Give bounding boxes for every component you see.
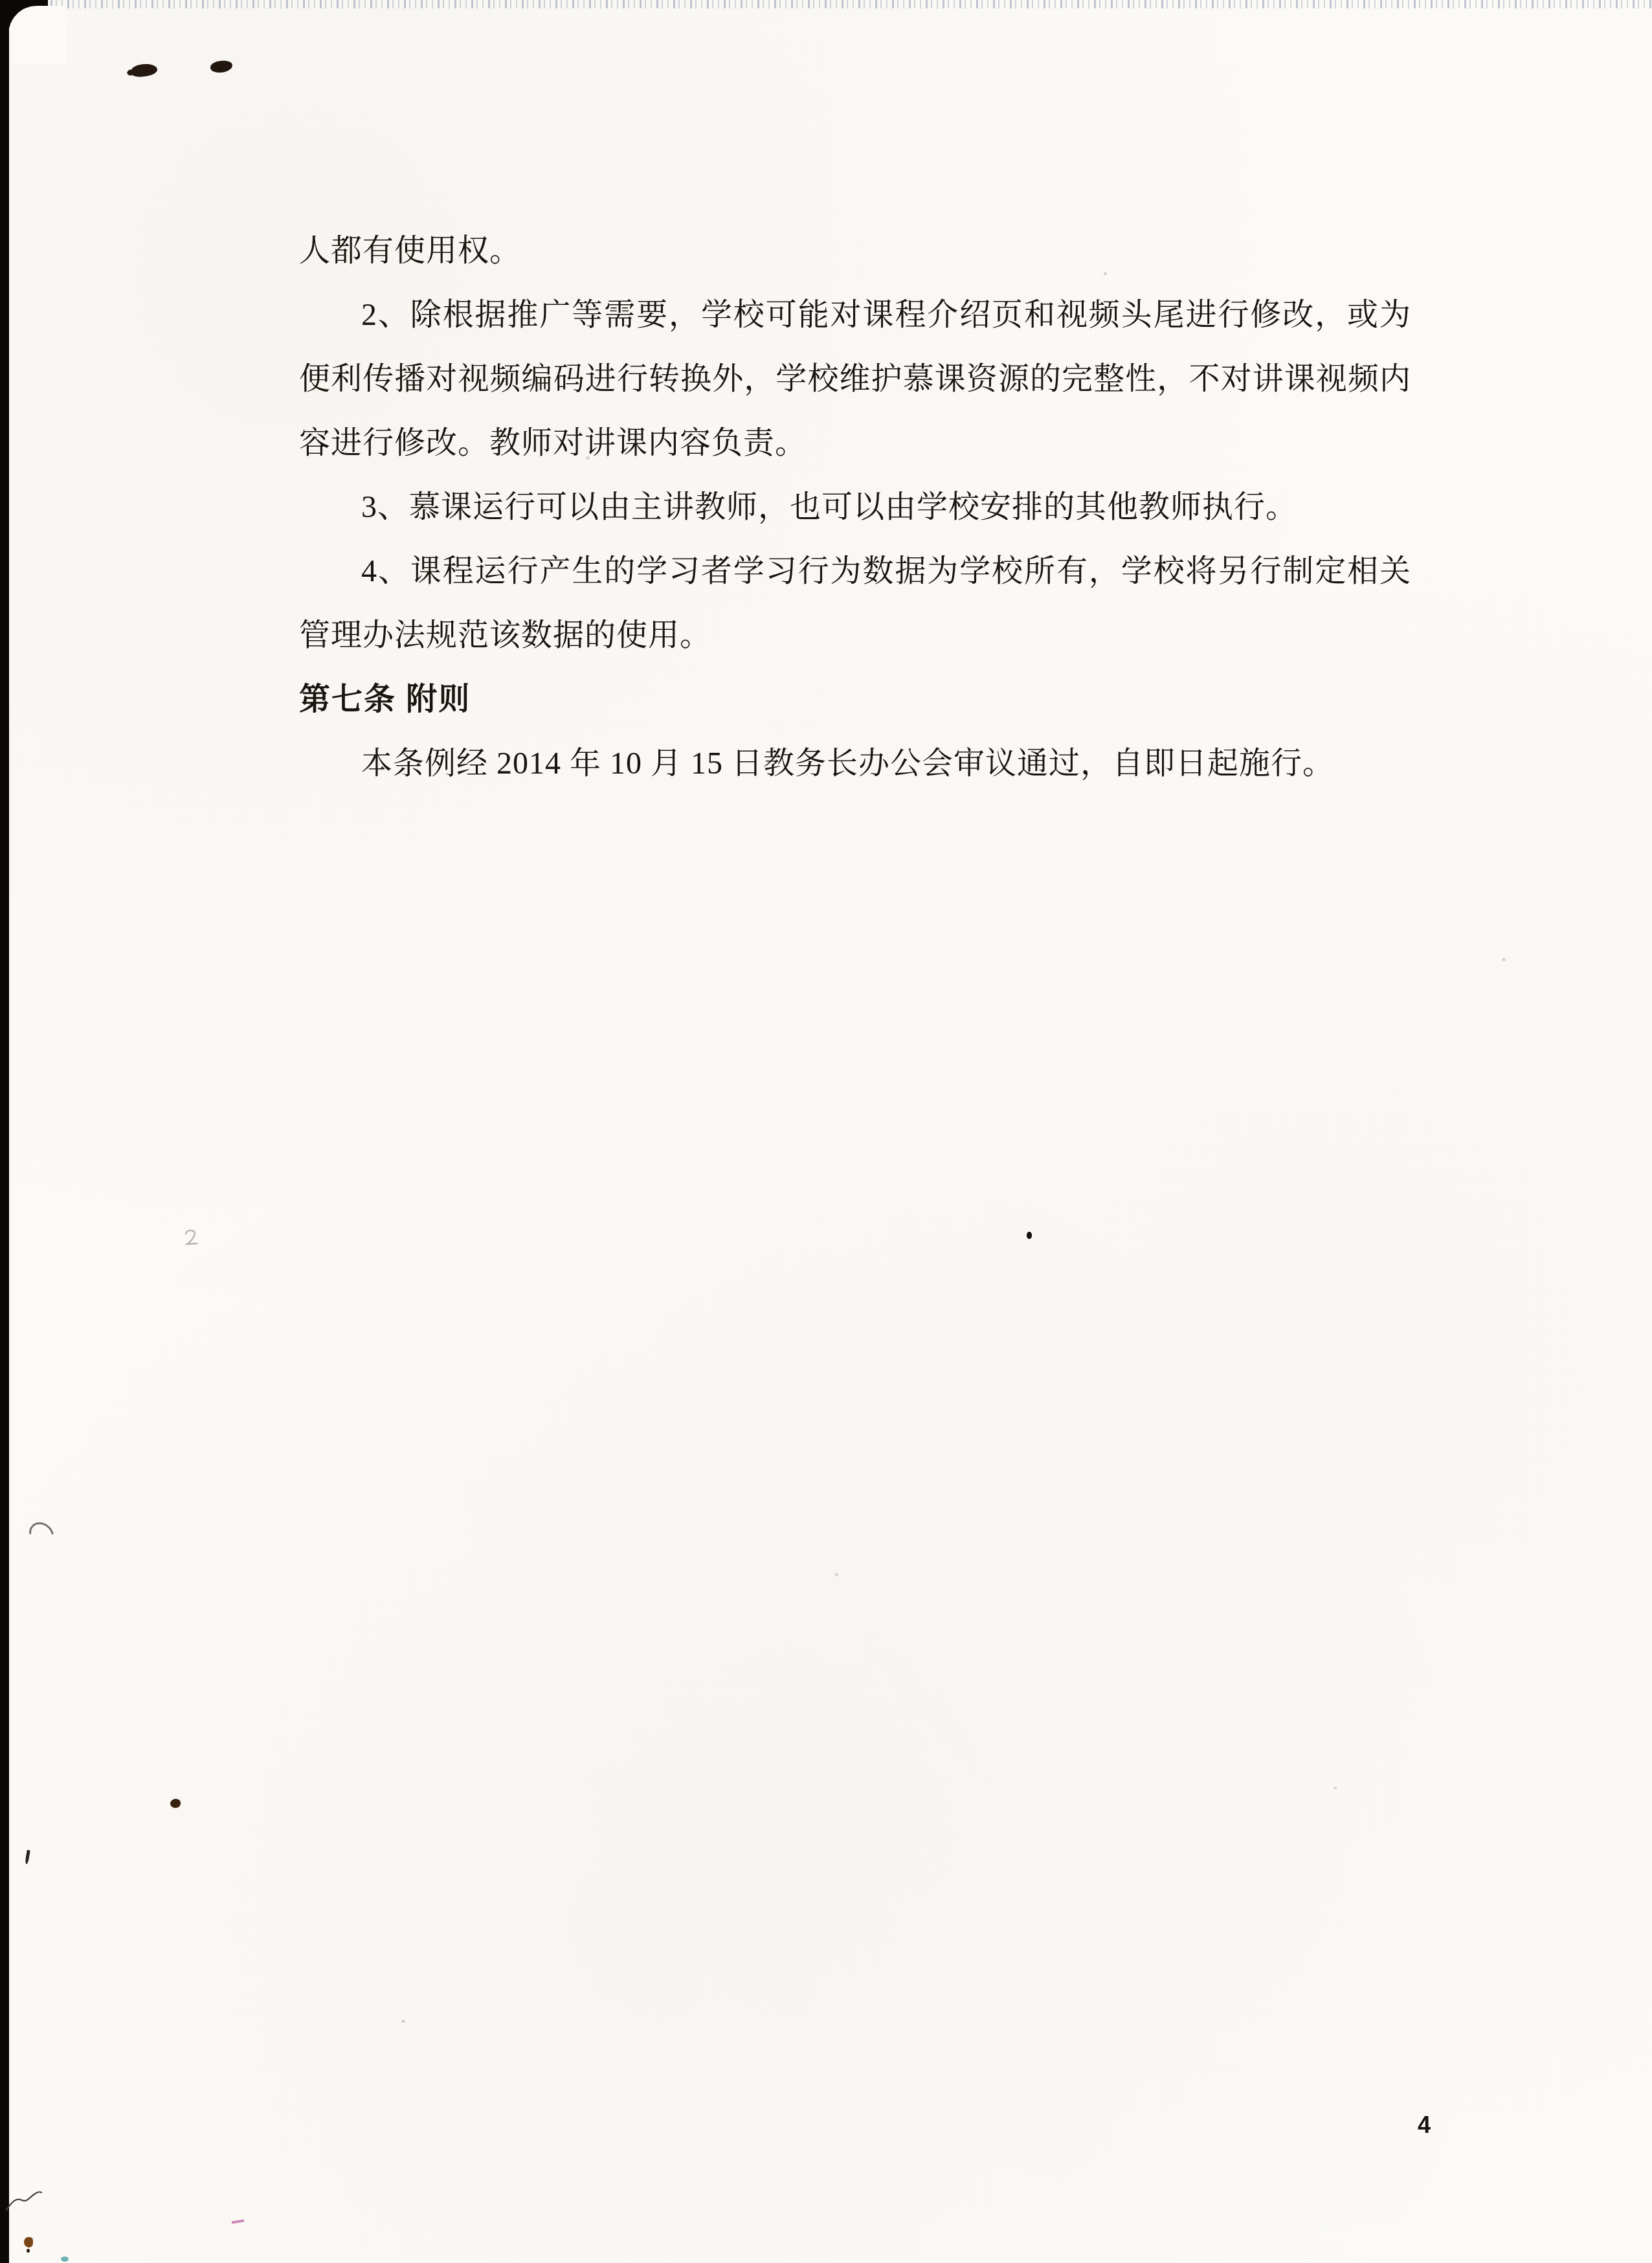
page-number: 4 — [1418, 2112, 1431, 2139]
document-body: 人都有使用权。2、除根据推广等需要，学校可能对课程介绍页和视频头尾进行修改，或为… — [299, 219, 1411, 796]
paper-speck — [1502, 958, 1506, 961]
document-line: 管理办法规范该数据的使用。 — [299, 603, 1411, 667]
document-line: 2、除根据推广等需要，学校可能对课程介绍页和视频头尾进行修改，或为 — [299, 283, 1411, 347]
document-line: 便利传播对视频编码进行转换外，学校维护慕课资源的完整性，不对讲课视频内 — [299, 347, 1411, 411]
scanned-document-page: 人都有使用权。2、除根据推广等需要，学校可能对课程介绍页和视频头尾进行修改，或为… — [0, 0, 1652, 2263]
hook-scratch-mark — [25, 1850, 30, 1865]
page-rounded-corner — [8, 6, 67, 64]
pencil-squiggle-mark — [183, 1229, 200, 1248]
ink-dot-mark — [170, 1799, 181, 1808]
scanner-left-edge-shadow — [0, 0, 9, 2263]
section-heading: 第七条 附则 — [299, 667, 1411, 731]
hair-squiggle-mark — [5, 2187, 43, 2214]
ink-smudge-mark — [131, 63, 158, 78]
ink-dot-mark — [1027, 1232, 1032, 1239]
document-line: 4、课程运行产生的学习者学习行为数据为学校所有，学校将另行制定相关 — [299, 539, 1411, 603]
dust-speck-mark — [61, 2257, 69, 2262]
document-line: 容进行修改。教师对讲课内容负责。 — [299, 411, 1411, 475]
paper-speck — [1334, 1787, 1337, 1789]
paper-speck — [1104, 272, 1107, 275]
paper-speck — [401, 2020, 405, 2023]
ink-smudge-mark — [210, 60, 232, 73]
dust-speck-mark — [232, 2220, 244, 2224]
arc-scratch-mark — [25, 1517, 58, 1550]
paper-speck — [835, 1573, 838, 1576]
document-line: 人都有使用权。 — [299, 219, 1411, 283]
paper-speck — [586, 456, 590, 460]
document-line: 本条例经 2014 年 10 月 15 日教务长办公会审议通过，自即日起施行。 — [299, 731, 1411, 796]
dust-speck-mark — [24, 2237, 33, 2247]
scanner-top-noise-band — [0, 0, 1652, 8]
document-line: 3、慕课运行可以由主讲教师，也可以由学校安排的其他教师执行。 — [299, 475, 1411, 539]
